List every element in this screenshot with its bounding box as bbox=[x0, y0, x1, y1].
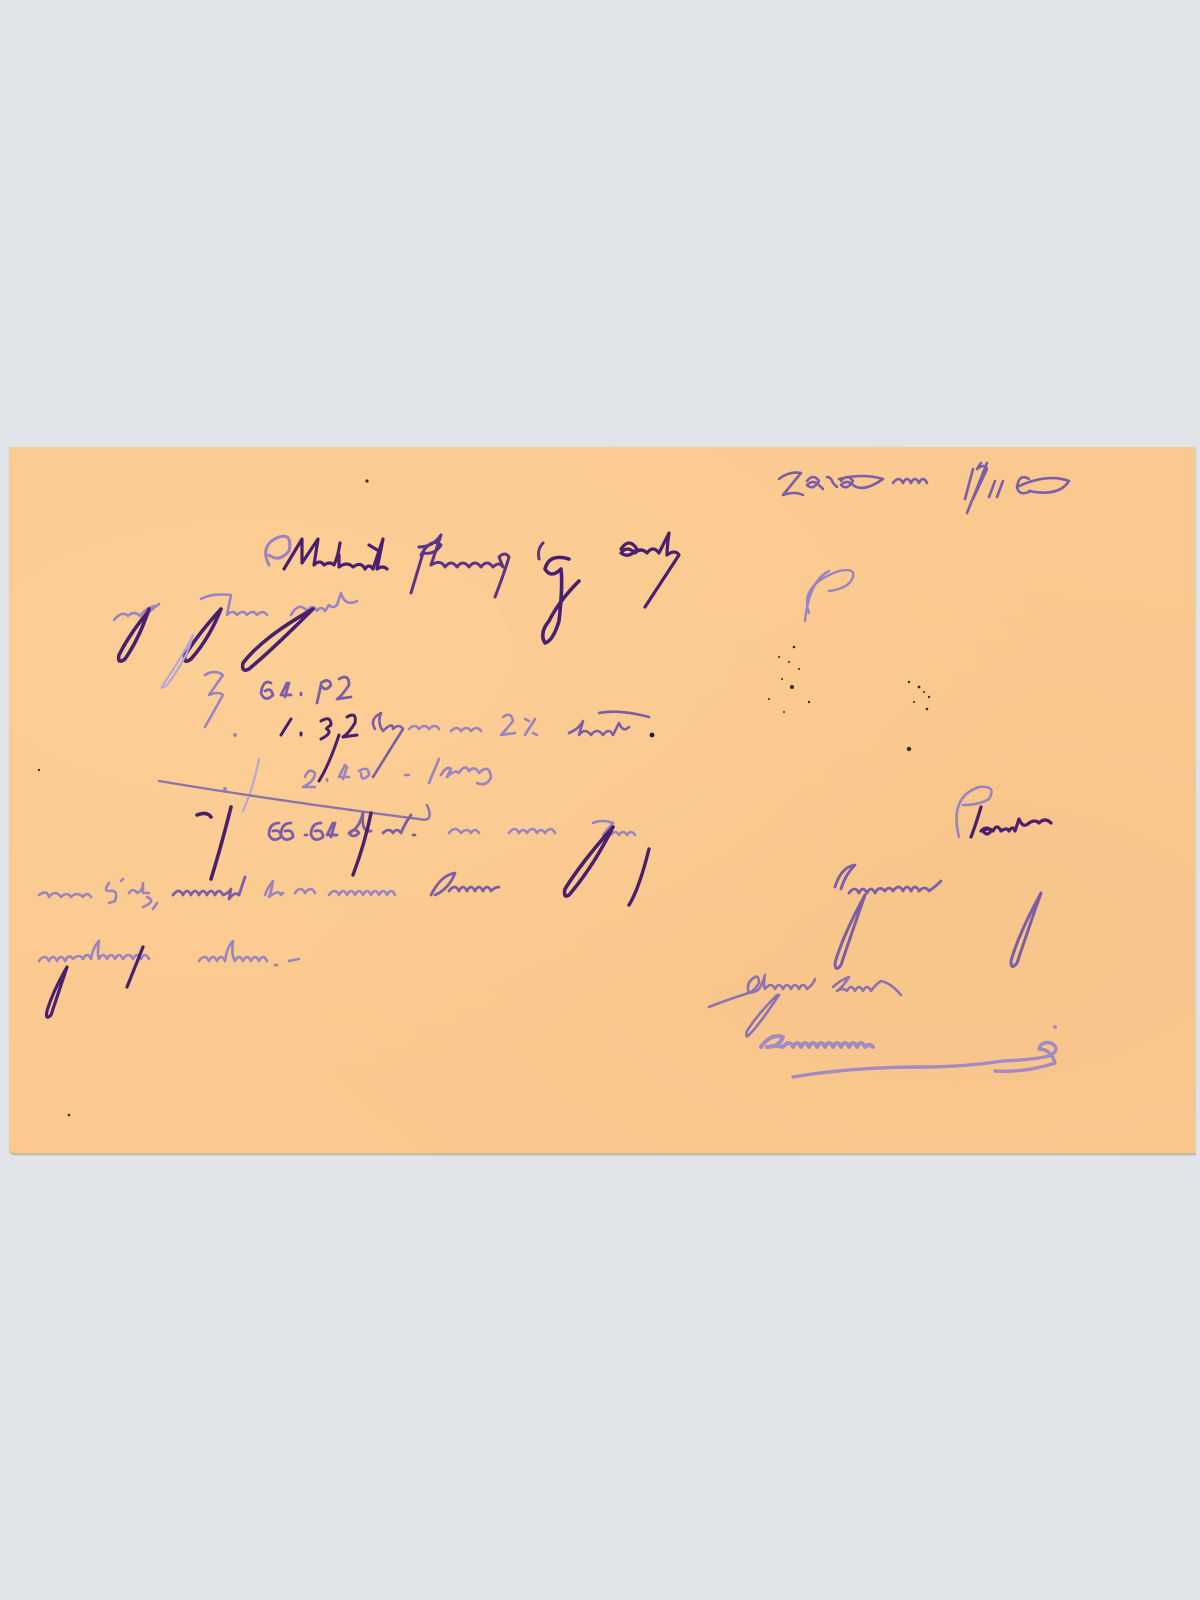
total-line bbox=[197, 787, 1051, 896]
closing bbox=[709, 975, 1057, 1077]
postmark-specks bbox=[38, 479, 930, 1116]
handwriting-strokes bbox=[9, 447, 1196, 1153]
line-regal bbox=[39, 941, 299, 1017]
line-3 bbox=[114, 593, 357, 688]
postcard: Zara den 17/11 84 Mittelst Postanweisung… bbox=[9, 447, 1196, 1155]
date-line bbox=[779, 463, 1069, 513]
line-vom bbox=[39, 849, 1041, 969]
line-2 bbox=[266, 533, 679, 643]
amount-rows bbox=[159, 672, 654, 820]
